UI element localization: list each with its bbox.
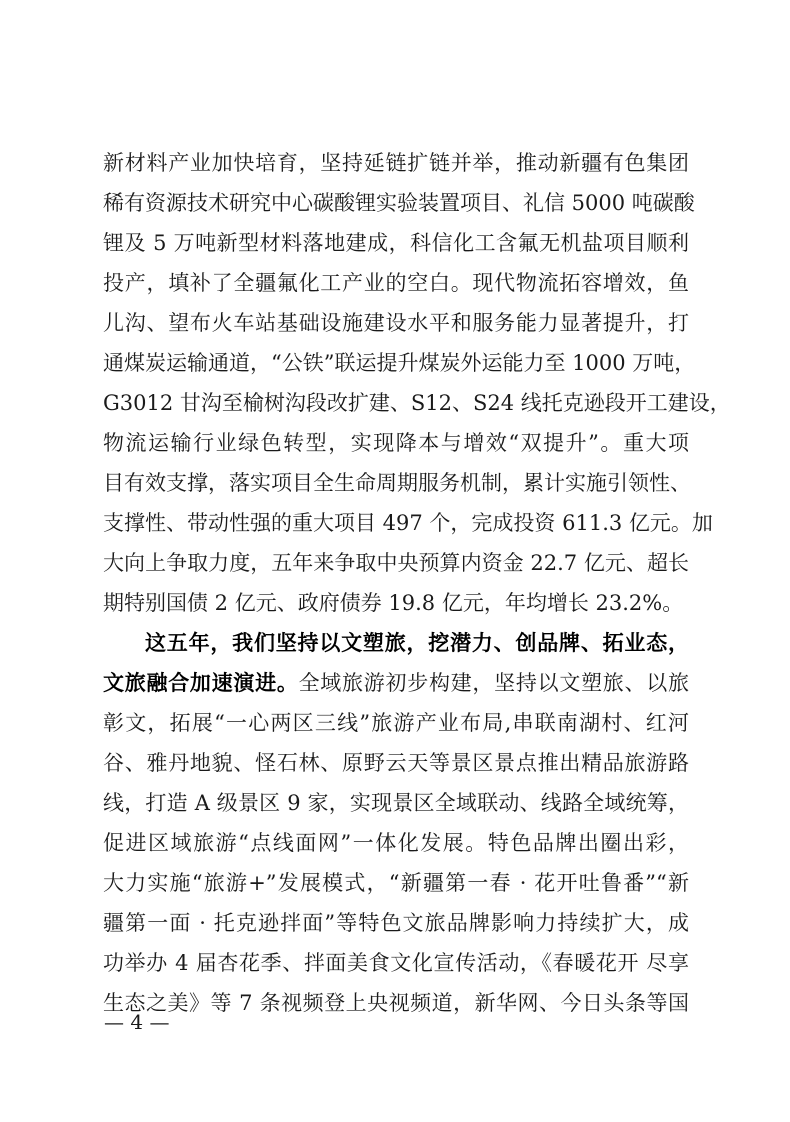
- text-line: 文旅融合加速演进。全域旅游初步构建，坚持以文塑旅、以旅: [103, 663, 689, 703]
- text-line: 线，打造 A 级景区 9 家，实现景区全域联动、线路全域统筹，: [103, 783, 689, 823]
- text-line: 大力实施“旅游+”发展模式，“新疆第一春 · 花开吐鲁番”“新: [103, 863, 689, 903]
- body-text: 新材料产业加快培育，坚持延链扩链并举，推动新疆有色集团 稀有资源技术研究中心碳酸…: [103, 143, 689, 1023]
- text-line: 儿沟、望布火车站基础设施建设水平和服务能力显著提升，打: [103, 303, 689, 343]
- paragraph-heading-lead: 文旅融合加速演进。: [103, 671, 299, 695]
- text-line: 目有效支撑，落实项目全生命周期服务机制，累计实施引领性、: [103, 463, 689, 503]
- page-number: — 4 —: [104, 1010, 169, 1034]
- text-line: 疆第一面 · 托克逊拌面”等特色文旅品牌影响力持续扩大，成: [103, 903, 689, 943]
- text-line: 投产，填补了全疆氟化工产业的空白。现代物流拓容增效，鱼: [103, 263, 689, 303]
- text-line: 新材料产业加快培育，坚持延链扩链并举，推动新疆有色集团: [103, 143, 689, 183]
- text-line: 稀有资源技术研究中心碳酸锂实验装置项目、礼信 5000 吨碳酸: [103, 183, 689, 223]
- text-line: G3012 甘沟至榆树沟段改扩建、S12、S24 线托克逊段开工建设，: [103, 383, 689, 423]
- text-line: 期特别国债 2 亿元、政府债券 19.8 亿元，年均增长 23.2%。: [103, 583, 689, 623]
- text-line: 物流运输行业绿色转型，实现降本与增效“双提升”。重大项: [103, 423, 689, 463]
- text-line: 通煤炭运输通道，“公铁”联运提升煤炭外运能力至 1000 万吨，: [103, 343, 689, 383]
- text-line: 谷、雅丹地貌、怪石林、原野云天等景区景点推出精品旅游路: [103, 743, 689, 783]
- document-page: 新材料产业加快培育，坚持延链扩链并举，推动新疆有色集团 稀有资源技术研究中心碳酸…: [0, 0, 790, 1122]
- text-line: 促进区域旅游“点线面网”一体化发展。特色品牌出圈出彩，: [103, 823, 689, 863]
- text-line: 支撑性、带动性强的重大项目 497 个，完成投资 611.3 亿元。加: [103, 503, 689, 543]
- text-line: 大向上争取力度，五年来争取中央预算内资金 22.7 亿元、超长: [103, 543, 689, 583]
- text-line: 功举办 4 届杏花季、拌面美食文化宣传活动，《春暖花开 尽享: [103, 943, 689, 983]
- text-line: 彰文，拓展“一心两区三线”旅游产业布局,串联南湖村、红河: [103, 703, 689, 743]
- text-segment: 全域旅游初步构建，坚持以文塑旅、以旅: [299, 671, 689, 695]
- paragraph-heading-line: 这五年，我们坚持以文塑旅，挖潜力、创品牌、拓业态，: [103, 623, 689, 663]
- text-line: 生态之美》等 7 条视频登上央视频道，新华网、今日头条等国: [103, 983, 689, 1023]
- text-line: 锂及 5 万吨新型材料落地建成，科信化工含氟无机盐项目顺利: [103, 223, 689, 263]
